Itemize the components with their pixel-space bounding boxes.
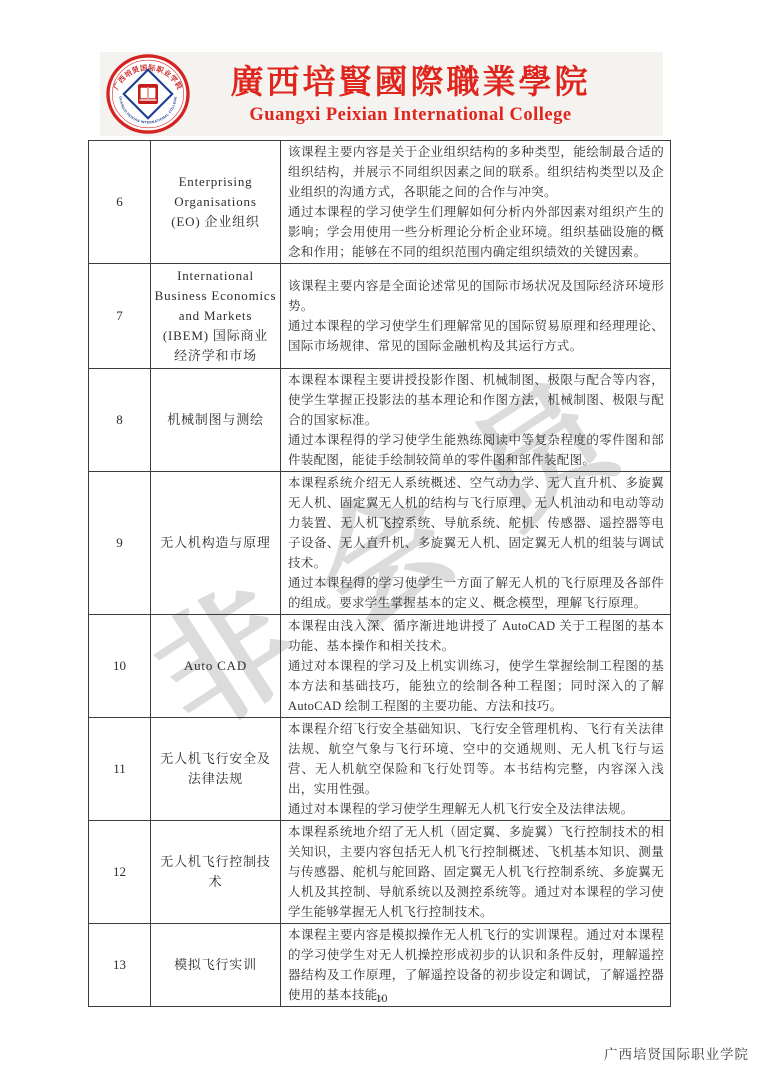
page-number: 10 (0, 991, 763, 1006)
course-name-cell: 机械制图与测绘 (151, 369, 281, 472)
table-row: 9 无人机构造与原理 本课程系统介绍无人系统概述、空气动力学、无人直升机、多旋翼… (89, 472, 671, 615)
course-number-cell: 9 (89, 472, 151, 615)
course-name-cell: 无人机飞行安全及 法律法规 (151, 718, 281, 821)
description-paragraph: 通过本课程得的学习使学生能熟练阅读中等复杂程度的零件图和部件装配图，能徒手绘制较… (288, 430, 664, 470)
footer-college-name: 广西培贤国际职业学院 (604, 1043, 749, 1063)
description-paragraph: 本课程本课程主要讲授投影作图、机械制图、极限与配合等内容，使学生掌握正投影法的基… (288, 370, 664, 430)
course-number-cell: 6 (89, 141, 151, 264)
table-row: 12 无人机飞行控制技 术 本课程系统地介绍了无人机（固定翼、多旋翼）飞行控制技… (89, 821, 671, 924)
college-title-zh: 廣西培賢國際職業學院 (192, 63, 629, 103)
table-row: 7 International Business Economics and M… (89, 264, 671, 369)
course-table: 6 Enterprising Organisations (EO) 企业组织 该… (88, 140, 671, 1007)
course-number-cell: 12 (89, 821, 151, 924)
course-number-cell: 7 (89, 264, 151, 369)
course-name-cell: 无人机飞行控制技 术 (151, 821, 281, 924)
description-paragraph: 本课程介绍飞行安全基础知识、飞行安全管理机构、飞行有关法律法规、航空气象与飞行环… (288, 719, 664, 799)
document-page: 非会员 广西培贤国际职业学院 GUANGXI PEIXIAN INTERNATI… (0, 0, 763, 1080)
course-number-cell: 11 (89, 718, 151, 821)
description-paragraph: 通过本课程的学习使学生们理解常见的国际贸易原理和经理理论、国际市场规律、常见的国… (288, 316, 664, 356)
course-description-cell: 本课程介绍飞行安全基础知识、飞行安全管理机构、飞行有关法律法规、航空气象与飞行环… (281, 718, 671, 821)
description-paragraph: 本课程系统地介绍了无人机（固定翼、多旋翼）飞行控制技术的相关知识，主要内容包括无… (288, 822, 664, 922)
course-name-cell: 无人机构造与原理 (151, 472, 281, 615)
table-row: 11 无人机飞行安全及 法律法规 本课程介绍飞行安全基础知识、飞行安全管理机构、… (89, 718, 671, 821)
course-name-cell: Enterprising Organisations (EO) 企业组织 (151, 141, 281, 264)
course-number-cell: 8 (89, 369, 151, 472)
description-paragraph: 通过本课程的学习使学生们理解如何分析内外部因素对组织产生的影响；学会用使用一些分… (288, 202, 664, 262)
course-description-cell: 该课程主要内容是关于企业组织结构的多种类型，能绘制最合适的组织结构，并展示不同组… (281, 141, 671, 264)
table-row: 6 Enterprising Organisations (EO) 企业组织 该… (89, 141, 671, 264)
course-name-cell: International Business Economics and Mar… (151, 264, 281, 369)
college-titles: 廣西培賢國際職業學院 Guangxi Peixian International… (192, 63, 663, 126)
description-paragraph: 通过对本课程的学习及上机实训练习，使学生掌握绘制工程图的基本方法和基础技巧，能独… (288, 656, 664, 716)
course-name-cell: Auto CAD (151, 615, 281, 718)
description-paragraph: 该课程主要内容是关于企业组织结构的多种类型，能绘制最合适的组织结构，并展示不同组… (288, 142, 664, 202)
table-row: 8 机械制图与测绘 本课程本课程主要讲授投影作图、机械制图、极限与配合等内容，使… (89, 369, 671, 472)
description-paragraph: 本课程由浅入深、循序渐进地讲授了 AutoCAD 关于工程图的基本功能、基本操作… (288, 616, 664, 656)
table-row: 10 Auto CAD 本课程由浅入深、循序渐进地讲授了 AutoCAD 关于工… (89, 615, 671, 718)
course-description-cell: 本课程本课程主要讲授投影作图、机械制图、极限与配合等内容，使学生掌握正投影法的基… (281, 369, 671, 472)
course-description-cell: 本课程系统介绍无人系统概述、空气动力学、无人直升机、多旋翼无人机、固定翼无人机的… (281, 472, 671, 615)
description-paragraph: 通过对本课程的学习使学生理解无人机飞行安全及法律法规。 (288, 799, 664, 819)
course-description-cell: 本课程系统地介绍了无人机（固定翼、多旋翼）飞行控制技术的相关知识，主要内容包括无… (281, 821, 671, 924)
college-logo: 广西培贤国际职业学院 GUANGXI PEIXIAN INTERNATIONAL… (104, 54, 192, 134)
description-paragraph: 通过本课程得的学习使学生一方面了解无人机的飞行原理及各部件的组成。要求学生掌握基… (288, 573, 664, 613)
course-description-cell: 该课程主要内容是全面论述常见的国际市场状况及国际经济环境形势。通过本课程的学习使… (281, 264, 671, 369)
course-number-cell: 10 (89, 615, 151, 718)
description-paragraph: 本课程系统介绍无人系统概述、空气动力学、无人直升机、多旋翼无人机、固定翼无人机的… (288, 473, 664, 573)
college-header: 广西培贤国际职业学院 GUANGXI PEIXIAN INTERNATIONAL… (100, 52, 663, 136)
description-paragraph: 该课程主要内容是全面论述常见的国际市场状况及国际经济环境形势。 (288, 276, 664, 316)
college-title-en: Guangxi Peixian International College (192, 104, 629, 126)
course-description-cell: 本课程由浅入深、循序渐进地讲授了 AutoCAD 关于工程图的基本功能、基本操作… (281, 615, 671, 718)
